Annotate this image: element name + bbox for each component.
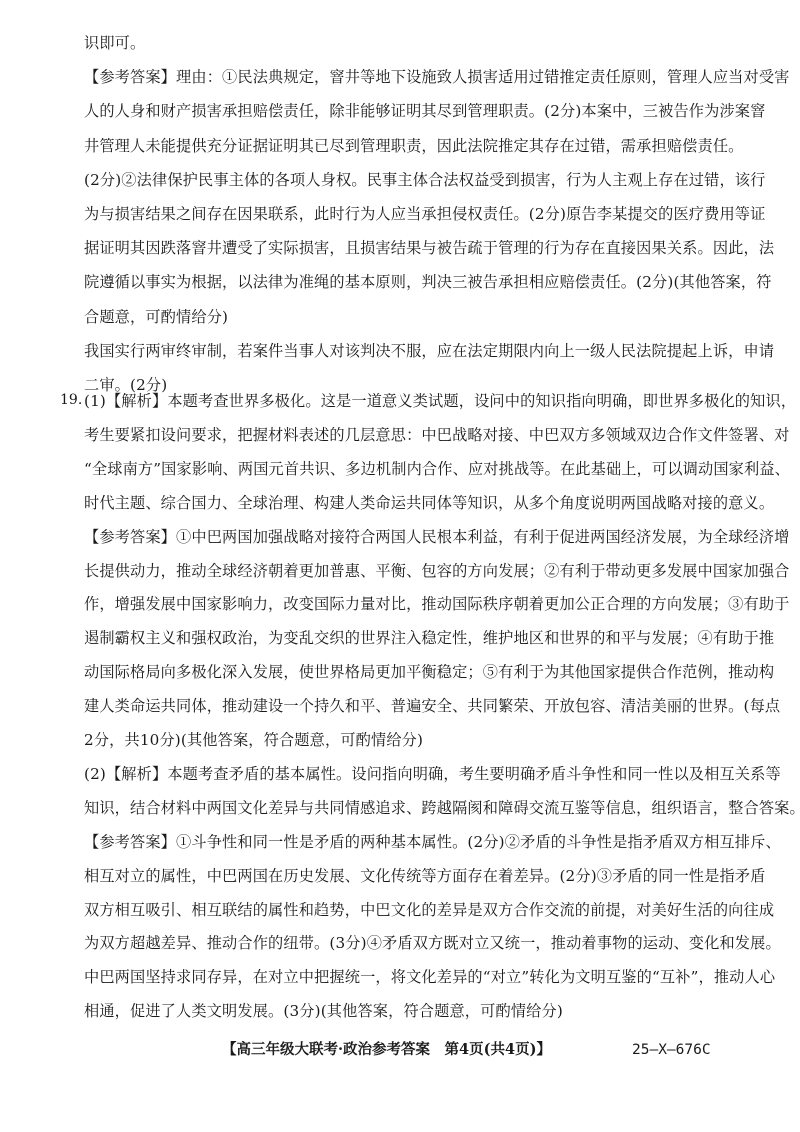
text-line: 长提供动力，推动全球经济朝着更加普惠、平衡、包容的方向发展；②有利于带动更多发展… (84, 561, 754, 581)
answer-key-page: 识即可。【参考答案】理由：①民法典规定，窨井等地下设施致人损害适用过错推定责任原… (0, 0, 800, 1132)
text-line: 2分，共10分)(其他答案，符合题意，可酌情给分) (84, 730, 754, 750)
text-line: 建人类命运共同体，推动建设一个持久和平、普遍安全、共同繁荣、开放包容、清洁美丽的… (84, 696, 754, 716)
text-line: 动国际格局向多极化深入发展，使世界格局更加平衡稳定；⑤有利于为其他国家提供合作范… (84, 662, 754, 682)
text-line: (2分)②法律保护民事主体的各项人身权。民事主体合法权益受到损害，行为人主观上存… (84, 170, 754, 190)
text-line: 遏制霸权主义和强权政治，为变乱交织的世界注入稳定性，维护地区和世界的和平与发展；… (84, 628, 754, 648)
text-line: 我国实行两审终审制，若案件当事人对该判决不服，应在法定期限内向上一级人民法院提起… (84, 341, 754, 361)
text-line: 中巴两国坚持求同存异，在对立中把握统一，将文化差异的“对立”转化为文明互鉴的“互… (84, 967, 754, 987)
text-line: 为双方超越差异、推动合作的纽带。(3分)④矛盾双方既对立又统一，推动着事物的运动… (84, 933, 754, 953)
page-footer-title: 【高三年级大联考·政治参考答案 第4页(共4页)】 (222, 1040, 551, 1060)
text-line: (1)【解析】本题考查世界多极化。这是一道意义类试题，设问中的知识指向明确，即世… (84, 391, 754, 411)
question-number: 19. (60, 390, 82, 410)
text-line: 【参考答案】①中巴两国加强战略对接符合两国人民根本利益，有利于促进两国经济发展，… (84, 527, 754, 547)
text-line: 双方相互吸引、相互联结的属性和趋势，中巴文化的差异是双方合作交流的前提，对美好生… (84, 900, 754, 920)
text-line: 考生要紧扣设问要求，把握材料表述的几层意思：中巴战略对接、中巴双方多领域双边合作… (84, 425, 754, 445)
text-line: 院遵循以事实为根据，以法律为准绳的基本原则，判决三被告承担相应赔偿责任。(2分)… (84, 272, 754, 292)
text-line: 据证明其因跌落窨井遭受了实际损害，且损害结果与被告疏于管理的行为存在直接因果关系… (84, 238, 754, 258)
text-line: “全球南方”国家影响、两国元首共识、多边机制内合作、应对挑战等。在此基础上，可以… (84, 459, 754, 479)
text-line: 作，增强发展中国家影响力，改变国际力量对比，推动国际秩序朝着更加公正合理的方向发… (84, 594, 754, 614)
text-line: 【参考答案】理由：①民法典规定，窨井等地下设施致人损害适用过错推定责任原则，管理… (84, 67, 754, 87)
text-line: 为与损害结果之间存在因果联系，此时行为人应当承担侵权责任。(2分)原告李某提交的… (84, 204, 754, 224)
text-line: 合题意，可酌情给分) (84, 307, 754, 327)
page-footer-code: 25—X—676C (632, 1040, 711, 1060)
text-line: (2)【解析】本题考查矛盾的基本属性。设问指向明确，考生要明确矛盾斗争性和同一性… (84, 764, 754, 784)
text-line: 知识，结合材料中两国文化差异与共同情感追求、跨越隔阂和障碍交流互鉴等信息，组织语… (84, 798, 754, 818)
text-line: 相互对立的属性，中巴两国在历史发展、文化传统等方面存在着差异。(2分)③矛盾的同… (84, 866, 754, 886)
text-line: 识即可。 (84, 33, 754, 53)
text-line: 人的人身和财产损害承担赔偿责任，除非能够证明其尽到管理职责。(2分)本案中，三被… (84, 101, 754, 121)
text-line: 井管理人未能提供充分证据证明其已尽到管理职责，因此法院推定其存在过错，需承担赔偿… (84, 136, 754, 156)
text-line: 相通，促进了人类文明发展。(3分)(其他答案，符合题意，可酌情给分) (84, 1001, 754, 1021)
text-line: 【参考答案】①斗争性和同一性是矛盾的两种基本属性。(2分)②矛盾的斗争性是指矛盾… (84, 832, 754, 852)
text-line: 时代主题、综合国力、全球治理、构建人类命运共同体等知识，从多个角度说明两国战略对… (84, 493, 754, 513)
